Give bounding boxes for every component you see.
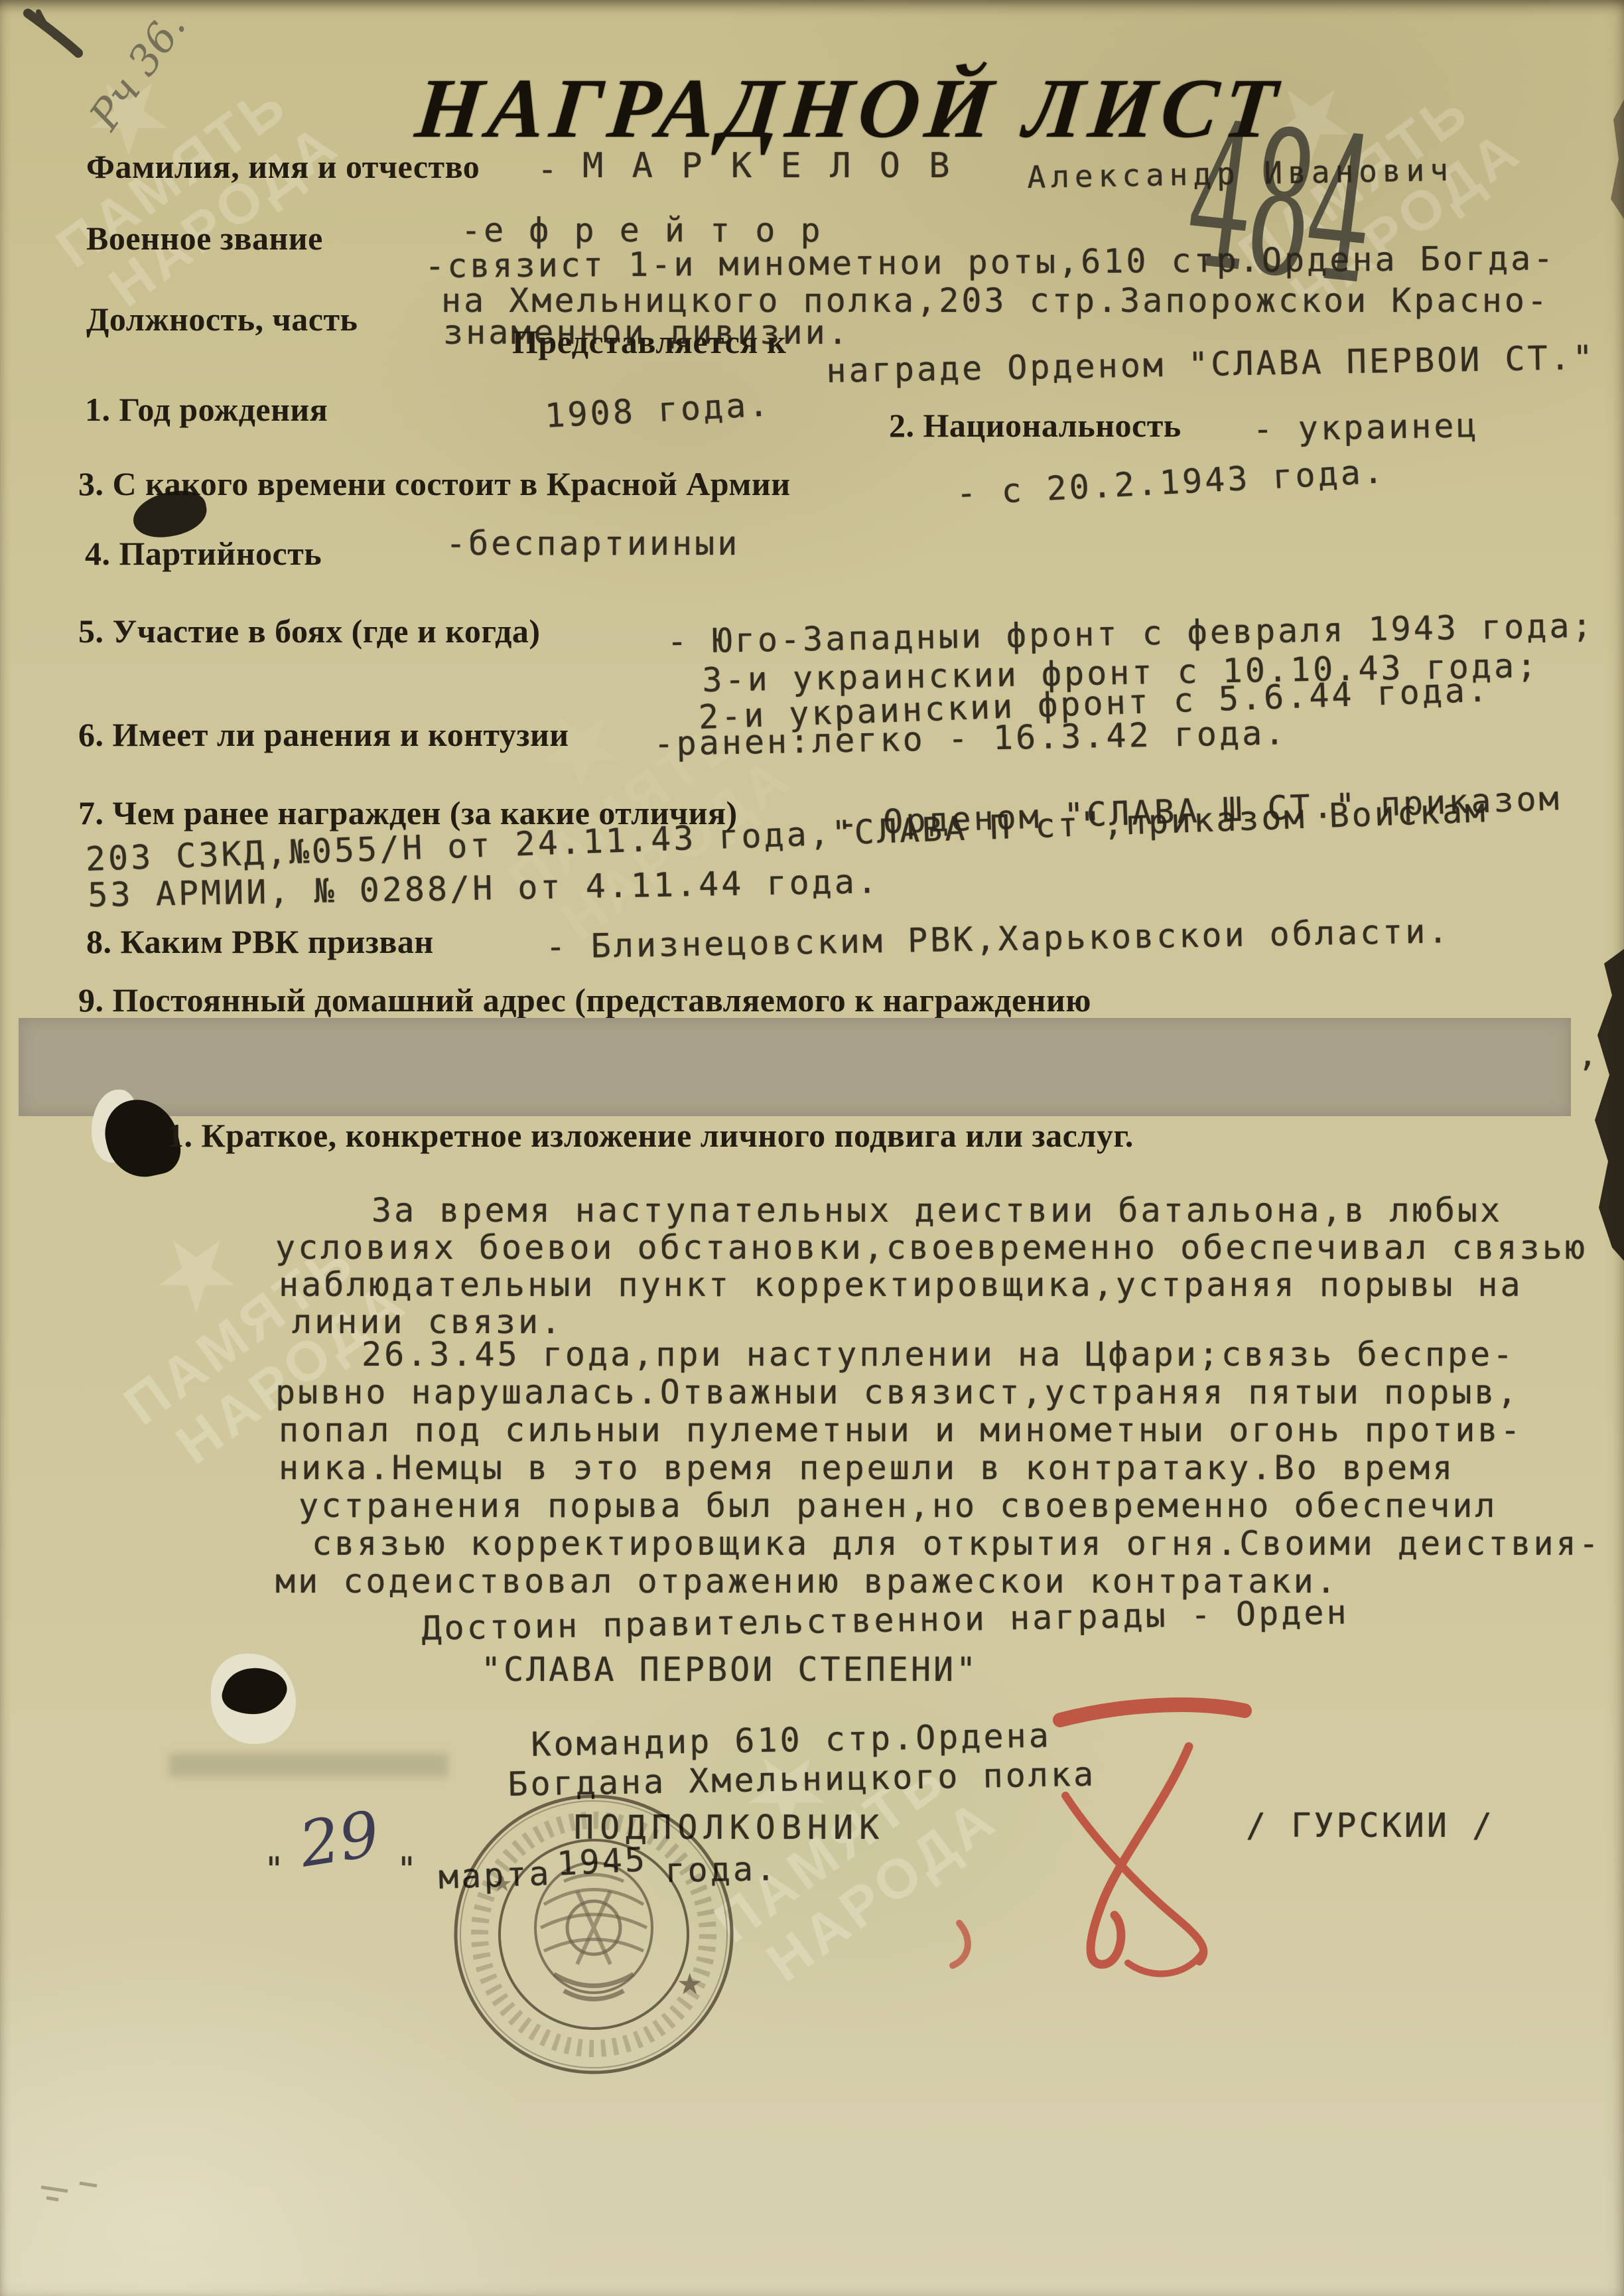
nominated-label: Представляется к xyxy=(512,323,786,361)
feat-paragraph-line: условиях боевои обстановки,своевременно … xyxy=(275,1228,1588,1267)
feat-paragraph-line: рывно нарушалась.Отважныи связист,устран… xyxy=(275,1373,1520,1411)
birth-label: 1. Год рождения xyxy=(85,390,328,429)
commander-signature-name: / ГУРСКИИ / xyxy=(1246,1806,1495,1845)
party-label: 4. Партийность xyxy=(85,534,322,573)
feat-paragraph-line: За время наступательных деиствии батальо… xyxy=(372,1191,1503,1230)
date-suffix: года. xyxy=(665,1849,779,1890)
rank-value: -е ф р е й т о р xyxy=(461,211,823,250)
watermark-text: НАРОДА xyxy=(98,111,350,319)
ink-bleed-smudge xyxy=(169,1753,448,1777)
nationality-value: - украинец xyxy=(1252,406,1479,449)
service-value: - с 20.2.1943 года. xyxy=(955,452,1387,513)
nationality-label: 2. Национальность xyxy=(889,406,1182,445)
surname-value: М А Р К Е Л О В xyxy=(582,146,954,186)
feat-paragraph-line: попал под сильныи пулеметныи и минометны… xyxy=(279,1411,1523,1449)
pencil-archive-note: Рч 36. xyxy=(80,3,195,139)
feat-paragraph-line: ми содеиствовал отражению вражескои конт… xyxy=(275,1562,1339,1601)
rvk-label: 8. Каким РВК призван xyxy=(86,922,434,961)
redaction-block xyxy=(19,1018,1571,1116)
feat-paragraph-line: 26.3.45 года,при наступлении на Цфари;св… xyxy=(362,1335,1515,1374)
feat-heading: 1. Краткое, конкретное изложение личного… xyxy=(167,1116,1134,1155)
wounds-label: 6. Имеет ли ранения и контузии xyxy=(78,715,569,754)
date-quote-open: " xyxy=(264,1850,287,1889)
party-value: -беспартииныи xyxy=(446,524,740,563)
corner-pen-mark xyxy=(28,12,78,53)
handwritten-date-day: 29 xyxy=(295,1798,384,1881)
page-title: НАГРАДНОЙ ЛИСТ xyxy=(411,60,1287,157)
torn-film-edge xyxy=(1595,100,1624,1261)
nominated-value: награде Орденом "СЛАВА ПЕРВОИ СТ." xyxy=(826,338,1595,390)
feat-paragraph-line: наблюдательныи пункт корректировщика,уст… xyxy=(279,1265,1523,1304)
feat-paragraph-line: ника.Немцы в это время перешли в контрат… xyxy=(279,1449,1455,1487)
verdict-line: "СЛАВА ПЕРВОИ СТЕПЕНИ" xyxy=(481,1650,979,1689)
address-label: 9. Постоянный домашний адрес (представля… xyxy=(78,981,1091,1019)
feat-paragraph-line: связью корректировщика для открытия огня… xyxy=(312,1524,1601,1563)
battles-label: 5. Участие в боях (где и когда) xyxy=(78,612,541,650)
feat-paragraph-line: устранения порыва был ранен,но своевреме… xyxy=(299,1486,1497,1525)
rank-label: Военное звание xyxy=(86,219,323,257)
birth-value: 1908 года. xyxy=(544,385,772,435)
stamp-star-icon: ★ xyxy=(677,1968,703,2001)
given-names-value: Александр Иванович xyxy=(1027,152,1454,195)
position-value-line: -связист 1-и минометнои роты,610 стр.Орд… xyxy=(425,239,1556,285)
redaction-tail-mark: , xyxy=(1578,1035,1600,1074)
position-label: Должность, часть xyxy=(86,300,358,338)
date-month: марта xyxy=(438,1854,552,1897)
date-quote-close: " xyxy=(397,1850,419,1889)
paper-specks xyxy=(41,2183,97,2200)
name-label: Фамилия, имя и отчество xyxy=(86,147,480,186)
verdict-line: Достоин правительственнои награды - Орде… xyxy=(421,1593,1349,1648)
rvk-value: - Близнецовским РВК,Харьковскои области. xyxy=(545,912,1451,966)
date-year: 1945 xyxy=(556,1840,648,1883)
award-sheet-scan: ★ ПАМЯТЬ НАРОДА ★ ПАМЯТЬ НАРОДА ★ ПАМЯТЬ… xyxy=(0,0,1624,2296)
name-dash: - xyxy=(537,150,560,188)
